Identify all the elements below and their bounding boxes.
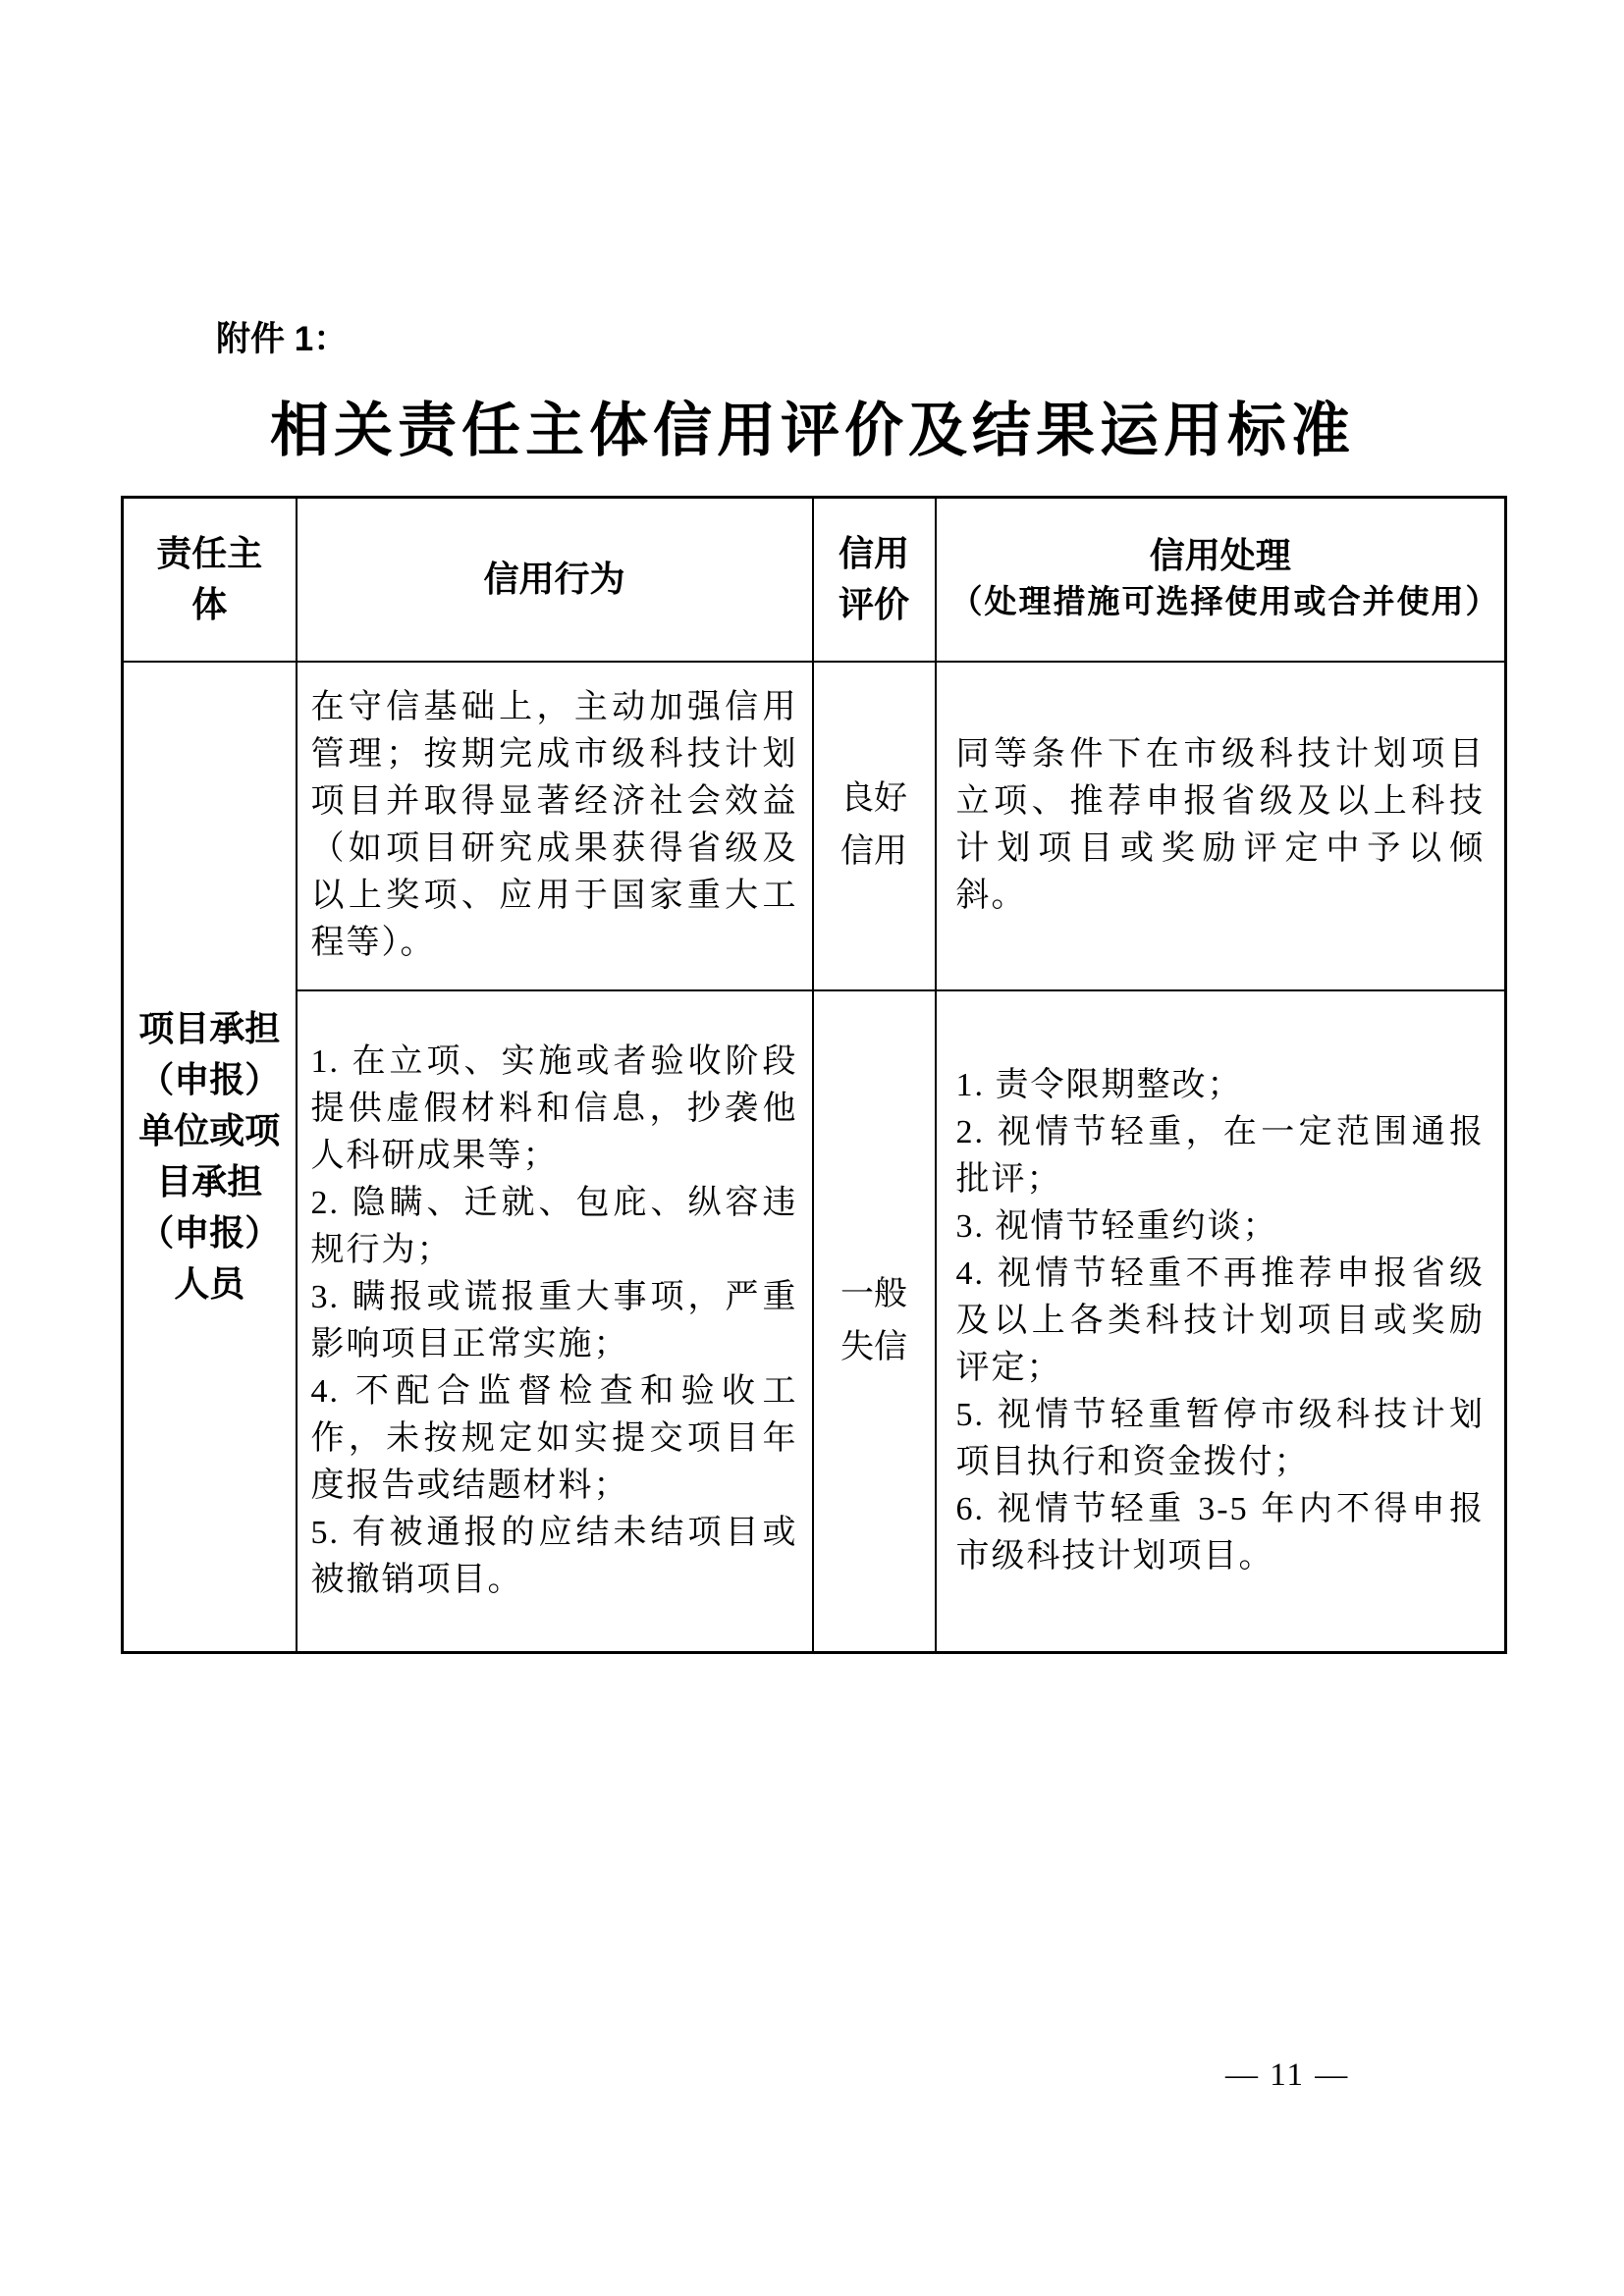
cell-dishonesty-handling: 1. 责令限期整改； 2. 视情节轻重，在一定范围通报批评； 3. 视情节轻重约… bbox=[936, 990, 1506, 1653]
table-row-general-dishonesty: 1. 在立项、实施或者验收阶段提供虚假材料和信息，抄袭他人科研成果等； 2. 隐… bbox=[123, 990, 1506, 1653]
document-page: 附件 1： 相关责任主体信用评价及结果运用标准 责任主 体 信用行为 信用 评价… bbox=[0, 0, 1624, 2296]
cell-good-credit-behavior: 在守信基础上，主动加强信用管理；按期完成市级科技计划项目并取得显著经济社会效益（… bbox=[297, 662, 813, 990]
header-credit-evaluation: 信用 评价 bbox=[813, 498, 936, 662]
header-credit-handling-title: 信用处理 bbox=[937, 532, 1505, 579]
credit-evaluation-table: 责任主 体 信用行为 信用 评价 信用处理 （处理措施可选择使用或合并使用） 项… bbox=[121, 496, 1507, 1654]
page-number: — 11 — bbox=[1225, 2056, 1349, 2095]
attachment-label: 附件 1： bbox=[216, 316, 348, 363]
cell-good-credit-evaluation: 良好 信用 bbox=[813, 662, 936, 990]
document-title: 相关责任主体信用评价及结果运用标准 bbox=[121, 395, 1504, 467]
header-responsible-entity: 责任主 体 bbox=[123, 498, 297, 662]
table-row-good-credit: 项目承担（申报）单位或项目承担（申报）人员 在守信基础上，主动加强信用管理；按期… bbox=[123, 662, 1506, 990]
header-credit-handling: 信用处理 （处理措施可选择使用或合并使用） bbox=[936, 498, 1506, 662]
cell-dishonesty-evaluation: 一般 失信 bbox=[813, 990, 936, 1653]
cell-responsible-entity: 项目承担（申报）单位或项目承担（申报）人员 bbox=[123, 662, 297, 1653]
cell-good-credit-handling: 同等条件下在市级科技计划项目立项、推荐申报省级及以上科技计划项目或奖励评定中予以… bbox=[936, 662, 1506, 990]
header-credit-handling-note: （处理措施可选择使用或合并使用） bbox=[937, 579, 1505, 626]
table-header-row: 责任主 体 信用行为 信用 评价 信用处理 （处理措施可选择使用或合并使用） bbox=[123, 498, 1506, 662]
cell-dishonesty-behavior: 1. 在立项、实施或者验收阶段提供虚假材料和信息，抄袭他人科研成果等； 2. 隐… bbox=[297, 990, 813, 1653]
header-credit-behavior: 信用行为 bbox=[297, 498, 813, 662]
